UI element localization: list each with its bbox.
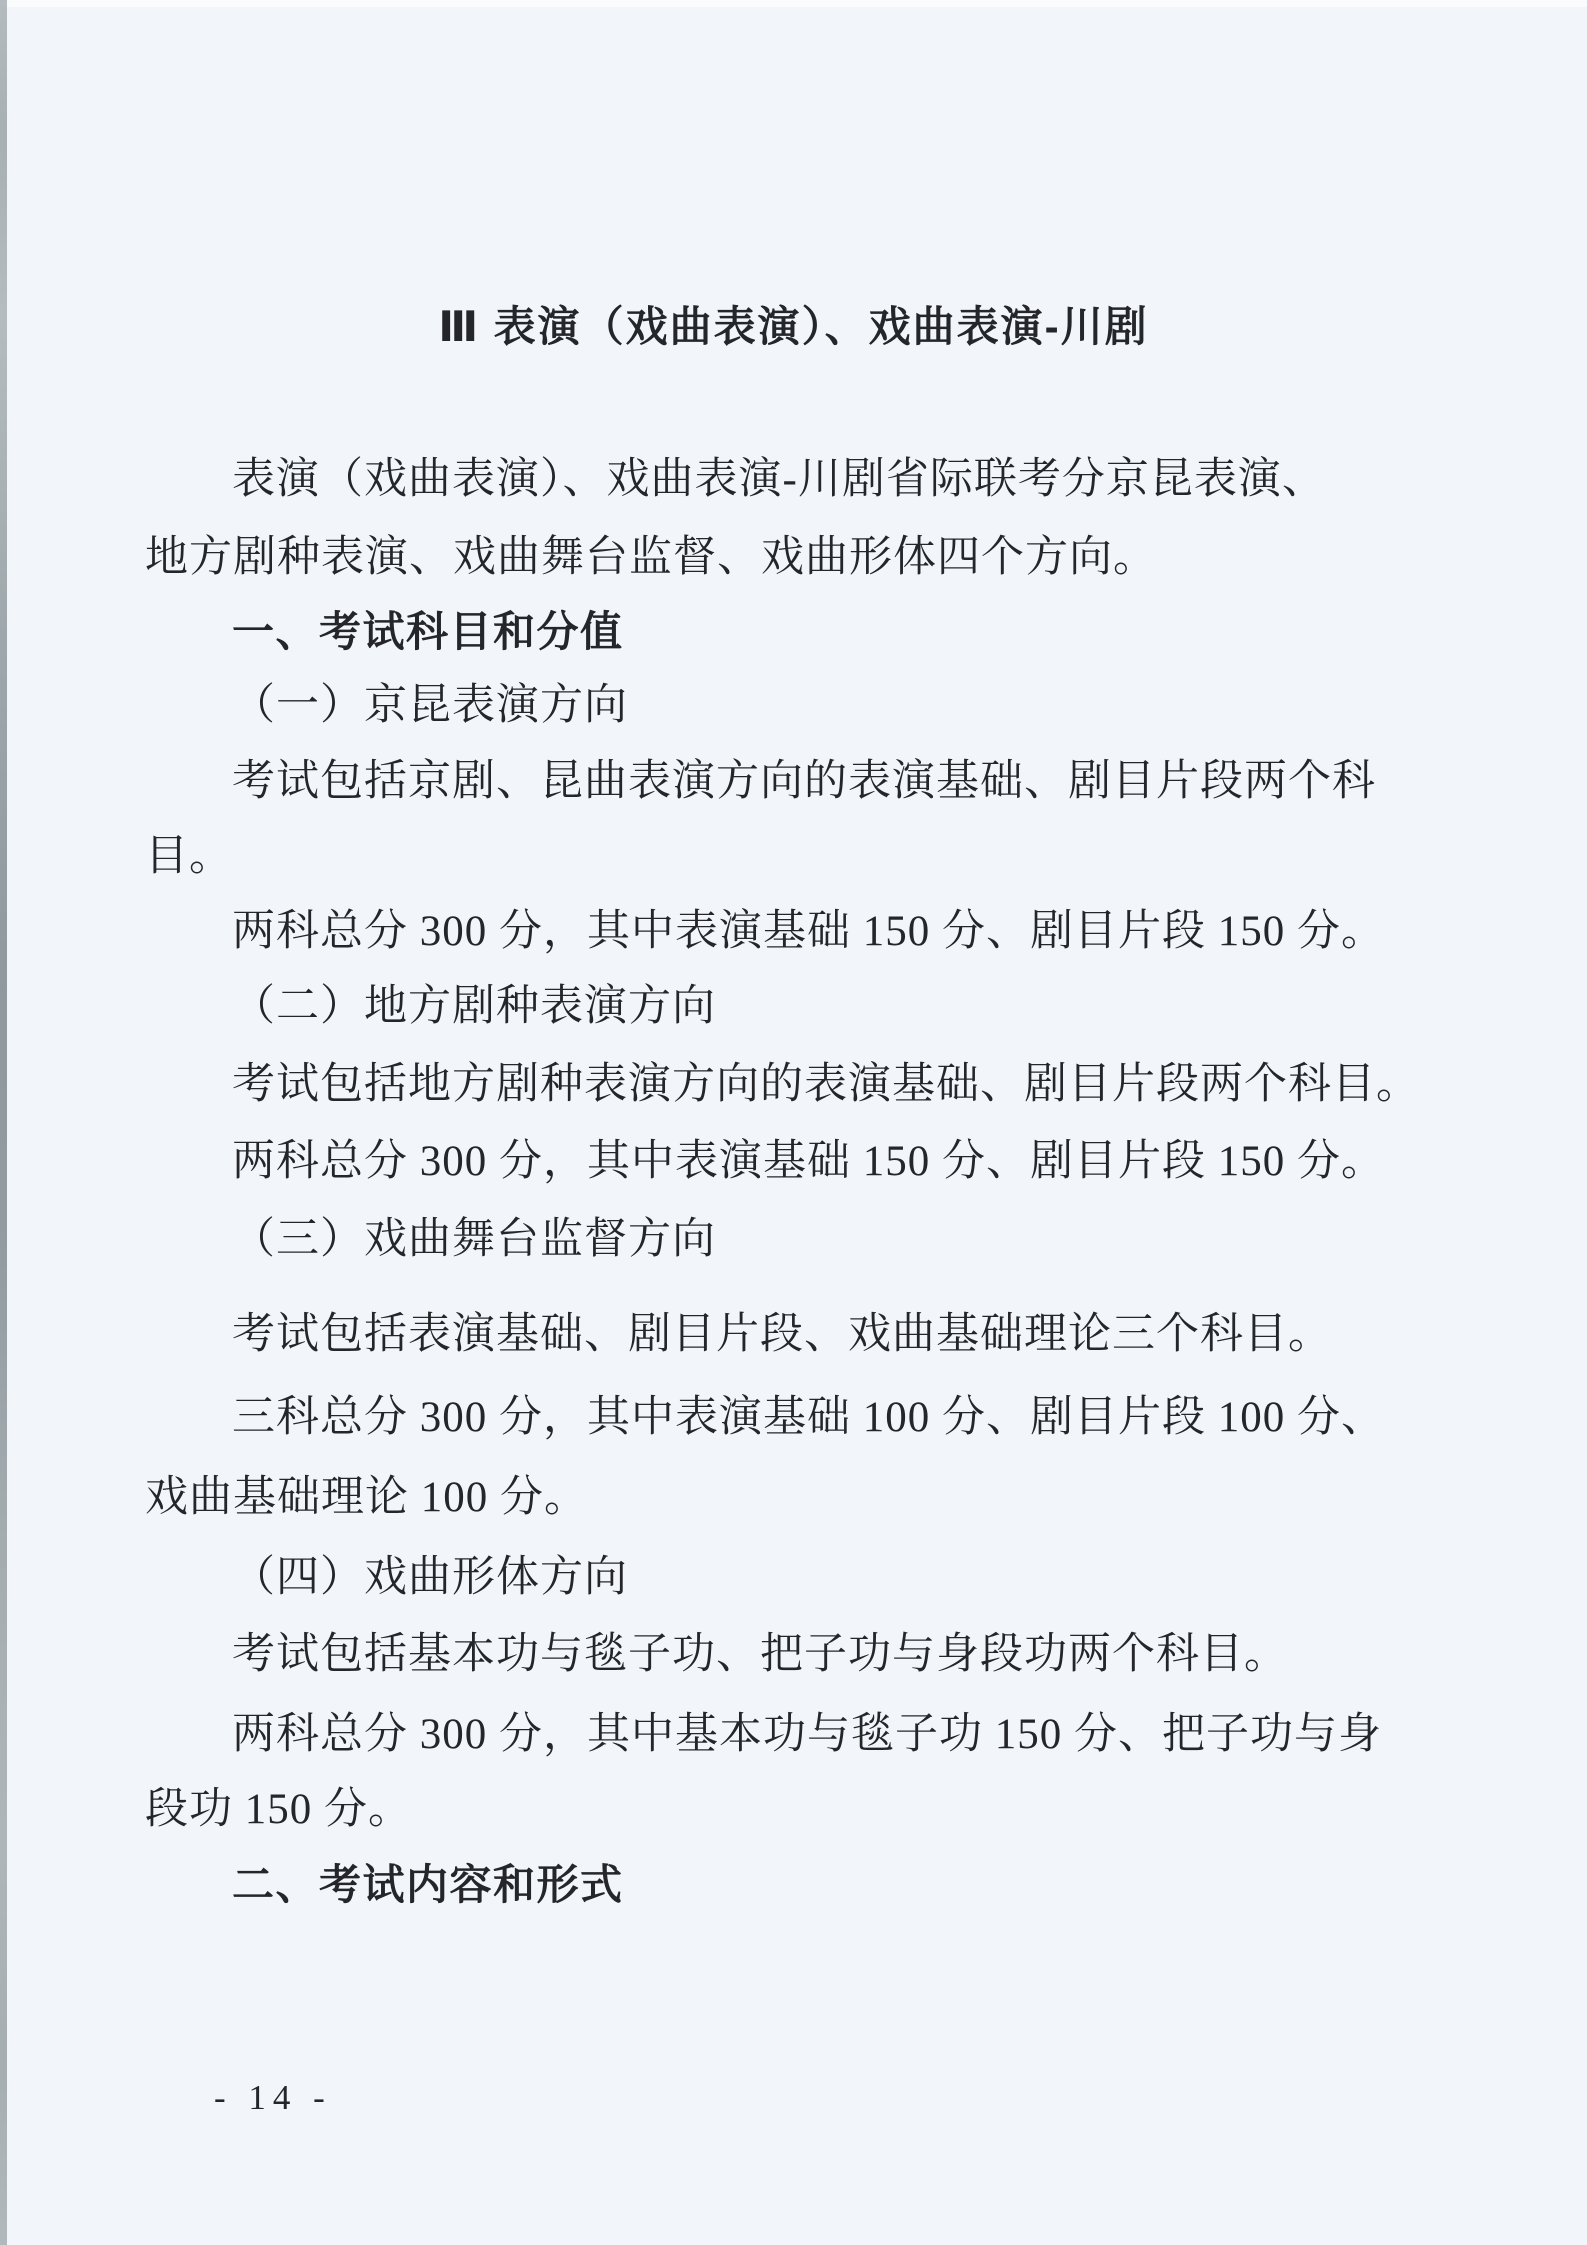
paragraph-line: 目。 xyxy=(145,829,1505,885)
document-title: Ⅲ 表演（戏曲表演）、戏曲表演-川剧 xyxy=(0,297,1587,357)
paragraph-line: 考试包括京剧、昆曲表演方向的表演基础、剧目片段两个科 xyxy=(145,754,1587,810)
paragraph-line: 考试包括基本功与毯子功、把子功与身段功两个科目。 xyxy=(145,1627,1587,1683)
subsection-heading: （四）戏曲形体方向 xyxy=(145,1550,1587,1606)
section-heading-1: 一、考试科目和分值 xyxy=(145,604,1587,660)
paragraph-line: 考试包括地方剧种表演方向的表演基础、剧目片段两个科目。 xyxy=(145,1057,1587,1113)
paragraph-line: 表演（戏曲表演）、戏曲表演-川剧省际联考分京昆表演、 xyxy=(145,452,1587,508)
subsection-heading: （三）戏曲舞台监督方向 xyxy=(145,1212,1587,1268)
page-number: - 14 - xyxy=(214,2076,332,2120)
paragraph-line: 戏曲基础理论 100 分。 xyxy=(145,1470,1505,1526)
document-page: Ⅲ 表演（戏曲表演）、戏曲表演-川剧 表演（戏曲表演）、戏曲表演-川剧省际联考分… xyxy=(0,0,1587,2245)
scan-top-artifact xyxy=(0,0,1587,7)
paragraph-line: 两科总分 300 分，其中表演基础 150 分、剧目片段 150 分。 xyxy=(145,904,1587,960)
section-heading-2: 二、考试内容和形式 xyxy=(145,1857,1587,1913)
paragraph-line: 两科总分 300 分，其中表演基础 150 分、剧目片段 150 分。 xyxy=(145,1134,1587,1190)
paragraph-line: 地方剧种表演、戏曲舞台监督、戏曲形体四个方向。 xyxy=(145,530,1505,586)
subsection-heading: （一）京昆表演方向 xyxy=(145,678,1587,734)
paragraph-line: 段功 150 分。 xyxy=(145,1782,1505,1838)
paragraph-line: 三科总分 300 分，其中表演基础 100 分、剧目片段 100 分、 xyxy=(145,1390,1587,1446)
paragraph-line: 考试包括表演基础、剧目片段、戏曲基础理论三个科目。 xyxy=(145,1307,1587,1363)
paragraph-line: 两科总分 300 分，其中基本功与毯子功 150 分、把子功与身 xyxy=(145,1707,1587,1763)
subsection-heading: （二）地方剧种表演方向 xyxy=(145,979,1587,1035)
